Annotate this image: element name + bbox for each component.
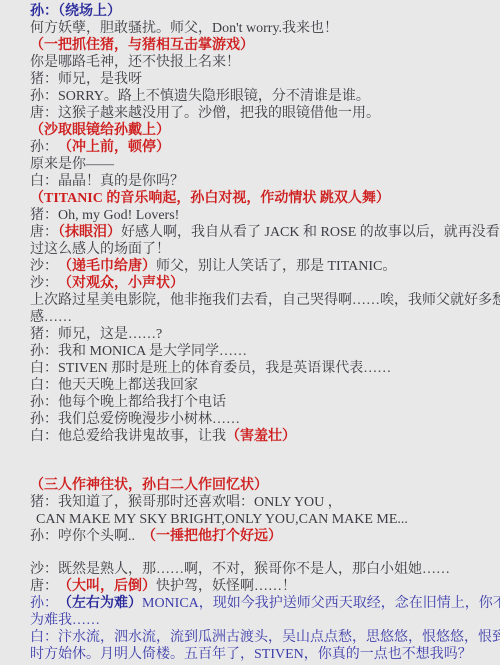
dialogue-text: 孙：他每个晚上都给我打个电话 bbox=[30, 395, 226, 410]
dialogue-text: 快护驾，妖怪啊……！ bbox=[156, 579, 296, 594]
script-line: 猪：师兄，是我呀 bbox=[30, 71, 476, 88]
script-line: 孙：SORRY。路上不慎遗失隐形眼镜，分不清谁是谁。 bbox=[30, 88, 476, 105]
dialogue-text: 孙：我们总爱傍晚漫步小树林…… bbox=[30, 412, 240, 427]
dialogue-text: 白：晶晶！真的是你吗？ bbox=[30, 174, 184, 189]
dialogue-text: 白：他总爱给我讲鬼故事，让我 bbox=[30, 429, 226, 444]
script-line: CAN MAKE MY SKY BRIGHT,ONLY YOU,CAN MAKE… bbox=[30, 511, 476, 528]
dialogue-text: 猪：师兄，这是……? bbox=[30, 327, 162, 342]
script-line: 上次路过星美电影院，他非拖我们去看，自己哭得啊……唉，我师父就好多愁善 bbox=[30, 292, 476, 309]
script-line: （TITANIC 的音乐响起，孙白对视，作动情状 跳双人舞） bbox=[30, 190, 476, 207]
dialogue-text: 孙： bbox=[30, 596, 65, 611]
script-line: 沙： （对观众，小声状） bbox=[30, 275, 476, 292]
dialogue-text: 唐：这猴子越来越没用了。沙僧，把我的眼镜借他一用。 bbox=[30, 106, 380, 121]
script-line: 猪：我知道了，猴哥那时还喜欢唱：ONLY YOU ， bbox=[30, 494, 476, 511]
script-line: 孙：我们总爱傍晚漫步小树林…… bbox=[30, 411, 476, 428]
script-line: 你是哪路毛神，还不快报上名来！ bbox=[30, 54, 476, 71]
section-gap bbox=[30, 445, 476, 477]
script-document: 孙：（绕场上）何方妖孽，胆敢骚扰。师父，Don't worry.我来也！（一把抓… bbox=[0, 0, 500, 665]
script-line: 猪：师兄，这是……? bbox=[30, 326, 476, 343]
script-line: 沙：既然是熟人，那……啊，不对，猴哥你不是人，那白小姐她…… bbox=[30, 561, 476, 578]
stage-direction: （害羞壮） bbox=[226, 429, 296, 444]
dialogue-text: 原来是你—— bbox=[30, 157, 114, 172]
section-gap bbox=[30, 545, 476, 561]
dialogue-text: 白：汴水流，泗水流，流到瓜洲古渡头，吴山点点愁，思悠悠，恨悠悠，恨到归 bbox=[30, 630, 500, 645]
dialogue-text: 你是哪路毛神，还不快报上名来！ bbox=[30, 55, 240, 70]
script-line: 白：晶晶！真的是你吗？ bbox=[30, 173, 476, 190]
dialogue-text: 时方始休。月明人倚楼。五百年了，STIVEN，你真的一点也不想我吗？ bbox=[30, 647, 472, 662]
dialogue-text: 白：STIVEN 那时是班上的体育委员，我是英语课代表…… bbox=[30, 361, 391, 376]
script-lines: 孙：（绕场上）何方妖孽，胆敢骚扰。师父，Don't worry.我来也！（一把抓… bbox=[30, 3, 476, 663]
dialogue-text: 白：他天天晚上都送我回家 bbox=[30, 378, 198, 393]
dialogue-text: 沙： bbox=[30, 259, 65, 274]
stage-direction: （递毛巾给唐） bbox=[65, 259, 156, 274]
dialogue-text: 孙：我和 MONICA 是大学同学…… bbox=[30, 344, 247, 359]
script-line: 何方妖孽，胆敢骚扰。师父，Don't worry.我来也！ bbox=[30, 20, 476, 37]
dialogue-text: 唐： bbox=[30, 579, 65, 594]
dialogue-text: 猪：我知道了，猴哥那时还喜欢唱：ONLY YOU ， bbox=[30, 495, 342, 510]
script-line: 过这么感人的场面了！ bbox=[30, 241, 476, 258]
stage-direction: （冲上前，顿停） bbox=[65, 140, 170, 155]
script-line: 时方始休。月明人倚楼。五百年了，STIVEN，你真的一点也不想我吗？ bbox=[30, 646, 476, 663]
dialogue-text: 孙：（绕场上） bbox=[30, 4, 121, 19]
script-line: （沙取眼镜给孙戴上） bbox=[30, 122, 476, 139]
stage-direction: （一把抓住猪，与猪相互击掌游戏） bbox=[30, 38, 254, 53]
stage-direction: （三人作神往状，孙白二人作回忆状） bbox=[30, 478, 268, 493]
dialogue-text: 唐： bbox=[30, 225, 58, 240]
script-line: （一把抓住猪，与猪相互击掌游戏） bbox=[30, 37, 476, 54]
script-line: 孙：哼你个头啊.. （一捶把他打个好远） bbox=[30, 528, 476, 545]
dialogue-text: 上次路过星美电影院，他非拖我们去看，自己哭得啊……唉，我师父就好多愁善 bbox=[30, 293, 500, 308]
script-line: 孙： （左右为难）MONICA，现如今我护送师父西天取经，念在旧情上，你不要 bbox=[30, 595, 476, 612]
script-line: 原来是你—— bbox=[30, 156, 476, 173]
stage-direction: （抹眼泪） bbox=[58, 225, 121, 240]
script-line: 白：STIVEN 那时是班上的体育委员，我是英语课代表…… bbox=[30, 360, 476, 377]
script-line: 沙： （递毛巾给唐）师父，别让人笑话了，那是 TITANIC。 bbox=[30, 258, 476, 275]
script-line: 唐：这猴子越来越没用了。沙僧，把我的眼镜借他一用。 bbox=[30, 105, 476, 122]
script-line: 猪：Oh, my God! Lovers! bbox=[30, 207, 476, 224]
dialogue-text: 感…… bbox=[30, 310, 72, 325]
stage-direction: （沙取眼镜给孙戴上） bbox=[30, 123, 170, 138]
script-line: （三人作神往状，孙白二人作回忆状） bbox=[30, 477, 476, 494]
dialogue-text: MONICA，现如今我护送师父西天取经，念在旧情上，你不要 bbox=[142, 596, 500, 611]
script-line: 孙：（绕场上） bbox=[30, 3, 476, 20]
dialogue-text: 师父，别让人笑话了，那是 TITANIC。 bbox=[156, 259, 396, 274]
dialogue-text: 好感人啊，我自从看了 JACK 和 ROSE 的故事以后，就再没看到 bbox=[121, 225, 500, 240]
dialogue-text: 孙： bbox=[30, 140, 65, 155]
script-line: 白：他天天晚上都送我回家 bbox=[30, 377, 476, 394]
dialogue-text: 为难我…… bbox=[30, 613, 100, 628]
stage-direction: （一捶把他打个好远） bbox=[149, 529, 282, 544]
script-line: 唐： （大叫，后倒）快护驾，妖怪啊……！ bbox=[30, 578, 476, 595]
script-line: 孙：他每个晚上都给我打个电话 bbox=[30, 394, 476, 411]
dialogue-text: 沙： bbox=[30, 276, 65, 291]
script-line: 感…… bbox=[30, 309, 476, 326]
dialogue-text: CAN MAKE MY SKY BRIGHT,ONLY YOU,CAN MAKE… bbox=[36, 512, 408, 527]
dialogue-text: 何方妖孽，胆敢骚扰。师父，Don't worry.我来也！ bbox=[30, 21, 338, 36]
script-line: 唐：（抹眼泪）好感人啊，我自从看了 JACK 和 ROSE 的故事以后，就再没看… bbox=[30, 224, 476, 241]
script-line: 白：汴水流，泗水流，流到瓜洲古渡头，吴山点点愁，思悠悠，恨悠悠，恨到归 bbox=[30, 629, 476, 646]
script-line: 孙： （冲上前，顿停） bbox=[30, 139, 476, 156]
dialogue-text: 孙：哼你个头啊.. bbox=[30, 529, 149, 544]
dialogue-text: 猪：Oh, my God! Lovers! bbox=[30, 208, 179, 223]
script-line: 孙：我和 MONICA 是大学同学…… bbox=[30, 343, 476, 360]
script-line: 白：他总爱给我讲鬼故事，让我（害羞壮） bbox=[30, 428, 476, 445]
stage-direction: （大叫，后倒） bbox=[65, 579, 156, 594]
dialogue-text: （左右为难） bbox=[65, 596, 142, 611]
dialogue-text: 沙：既然是熟人，那……啊，不对，猴哥你不是人，那白小姐她…… bbox=[30, 562, 450, 577]
dialogue-text: 孙：SORRY。路上不慎遗失隐形眼镜，分不清谁是谁。 bbox=[30, 89, 370, 104]
stage-direction: （TITANIC 的音乐响起，孙白对视，作动情状 跳双人舞） bbox=[30, 191, 390, 206]
dialogue-text: 过这么感人的场面了！ bbox=[30, 242, 170, 257]
stage-direction: （对观众，小声状） bbox=[65, 276, 184, 291]
dialogue-text: 猪：师兄，是我呀 bbox=[30, 72, 142, 87]
script-line: 为难我…… bbox=[30, 612, 476, 629]
